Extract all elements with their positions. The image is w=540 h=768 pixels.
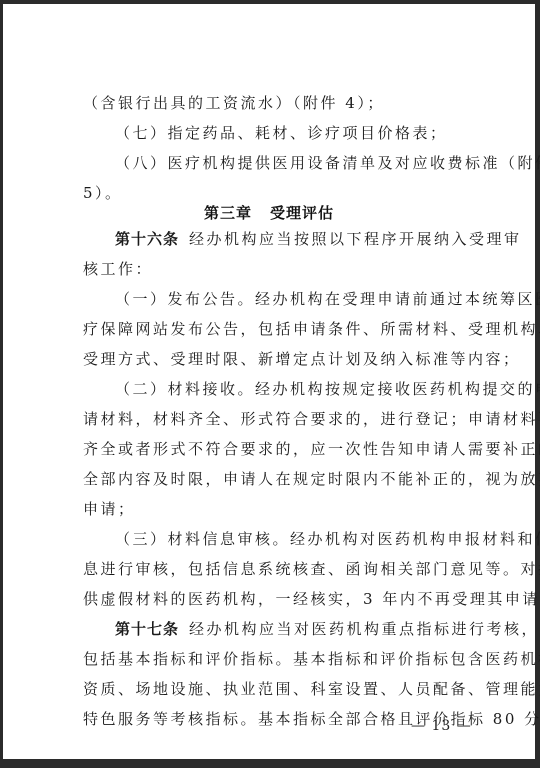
text-line: 包括基本指标和评价指标。基本指标和评价指标包含医药机构: [83, 649, 465, 669]
text-line: 齐全或者形式不符合要求的，应一次性告知申请人需要补正的: [83, 439, 465, 459]
text-line: （八）医疗机构提供医用设备清单及对应收费标准（附件: [115, 153, 465, 173]
text-line: 特色服务等考核指标。基本指标全部合格且评价指标 80 分以: [83, 709, 465, 729]
chapter-title: 受理评估: [270, 204, 334, 222]
text-line: 全部内容及时限，申请人在规定时限内不能补正的，视为放弃: [83, 469, 465, 489]
text-line: （七）指定药品、耗材、诊疗项目价格表；: [115, 123, 465, 143]
article-label: 第十七条: [115, 620, 179, 638]
text-line: 核工作：: [83, 259, 465, 279]
page-number: — 13 —: [411, 718, 472, 734]
article-17-first-line: 第十七条经办机构应当对医药机构重点指标进行考核，: [115, 619, 465, 639]
text-line: （三）材料信息审核。经办机构对医药机构申报材料和信: [115, 529, 465, 549]
article-label: 第十六条: [115, 230, 179, 248]
document-page: （含银行出具的工资流水）（附件 4）； （七）指定药品、耗材、诊疗项目价格表； …: [3, 4, 535, 759]
text-line: 申请；: [83, 499, 465, 519]
text-line: 息进行审核，包括信息系统核查、函询相关部门意见等。对提: [83, 559, 465, 579]
text-line: （一）发布公告。经办机构在受理申请前通过本统筹区医: [115, 289, 465, 309]
chapter-heading: 第三章受理评估: [3, 202, 535, 223]
article-16-first-line: 第十六条经办机构应当按照以下程序开展纳入受理审: [115, 229, 465, 249]
text-line: 供虚假材料的医药机构，一经核实，3 年内不再受理其申请。: [83, 589, 465, 609]
text-line: 资质、场地设施、执业范围、科室设置、人员配备、管理能力、: [83, 679, 465, 699]
article-text: 经办机构应当按照以下程序开展纳入受理审: [189, 230, 522, 248]
text-line: 受理方式、受理时限、新增定点计划及纳入标准等内容；: [83, 349, 465, 369]
text-line: 5）。: [83, 183, 465, 203]
text-line: 请材料，材料齐全、形式符合要求的，进行登记；申请材料不: [83, 409, 465, 429]
text-line: 疗保障网站发布公告，包括申请条件、所需材料、受理机构、: [83, 319, 465, 339]
chapter-number: 第三章: [204, 204, 252, 222]
text-line: （含银行出具的工资流水）（附件 4）；: [83, 93, 465, 113]
article-text: 经办机构应当对医药机构重点指标进行考核，: [189, 620, 539, 638]
text-line: （二）材料接收。经办机构按规定接收医药机构提交的申: [115, 379, 465, 399]
